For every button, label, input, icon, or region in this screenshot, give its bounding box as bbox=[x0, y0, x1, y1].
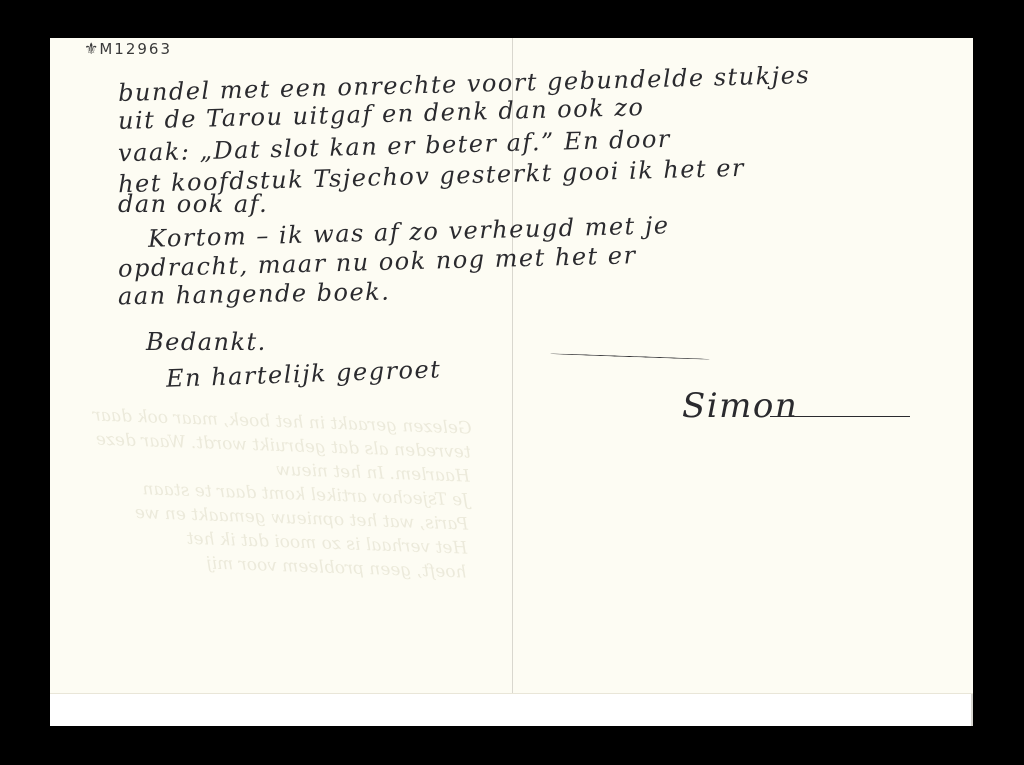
letter-line: aan hangende boek. bbox=[118, 278, 391, 311]
showthrough-line: tevreden als dat gebruikt wordt. Waar de… bbox=[91, 427, 471, 464]
showthrough-line: Haarlem. In het nieuw bbox=[91, 451, 471, 488]
letter-sheet: Gelezen geraakt in het boek, maar ook da… bbox=[50, 38, 973, 726]
closing-greeting: En hartelijk gegroet bbox=[166, 355, 442, 393]
signature-underline bbox=[770, 416, 910, 417]
signature-flourish bbox=[550, 353, 710, 360]
showthrough-line: hoeft, geen probleem voor mij bbox=[87, 547, 467, 584]
archive-stamp: ⚜ M12963 bbox=[84, 40, 172, 58]
archive-id: M12963 bbox=[99, 40, 172, 58]
showthrough-text: Gelezen geraakt in het boek, maar ook da… bbox=[87, 403, 472, 584]
signature: Simon bbox=[682, 386, 798, 426]
showthrough-line: Paris, wat het opnieuw gemaakt en we bbox=[89, 499, 469, 536]
showthrough-line: Gelezen geraakt in het boek, maar ook da… bbox=[92, 403, 472, 440]
letter-line: dan ook af. bbox=[118, 190, 268, 218]
showthrough-line: Het verhaal is zo mooi dat ik het bbox=[88, 523, 468, 560]
showthrough-line: Je Tsjechov artikel komt daar te staan bbox=[90, 475, 470, 512]
scan-background: Gelezen geraakt in het boek, maar ook da… bbox=[0, 0, 1024, 765]
letter-paper: Gelezen geraakt in het boek, maar ook da… bbox=[50, 38, 973, 694]
archive-emblem-icon: ⚜ bbox=[84, 41, 98, 57]
closing-thanks: Bedankt. bbox=[146, 328, 267, 356]
